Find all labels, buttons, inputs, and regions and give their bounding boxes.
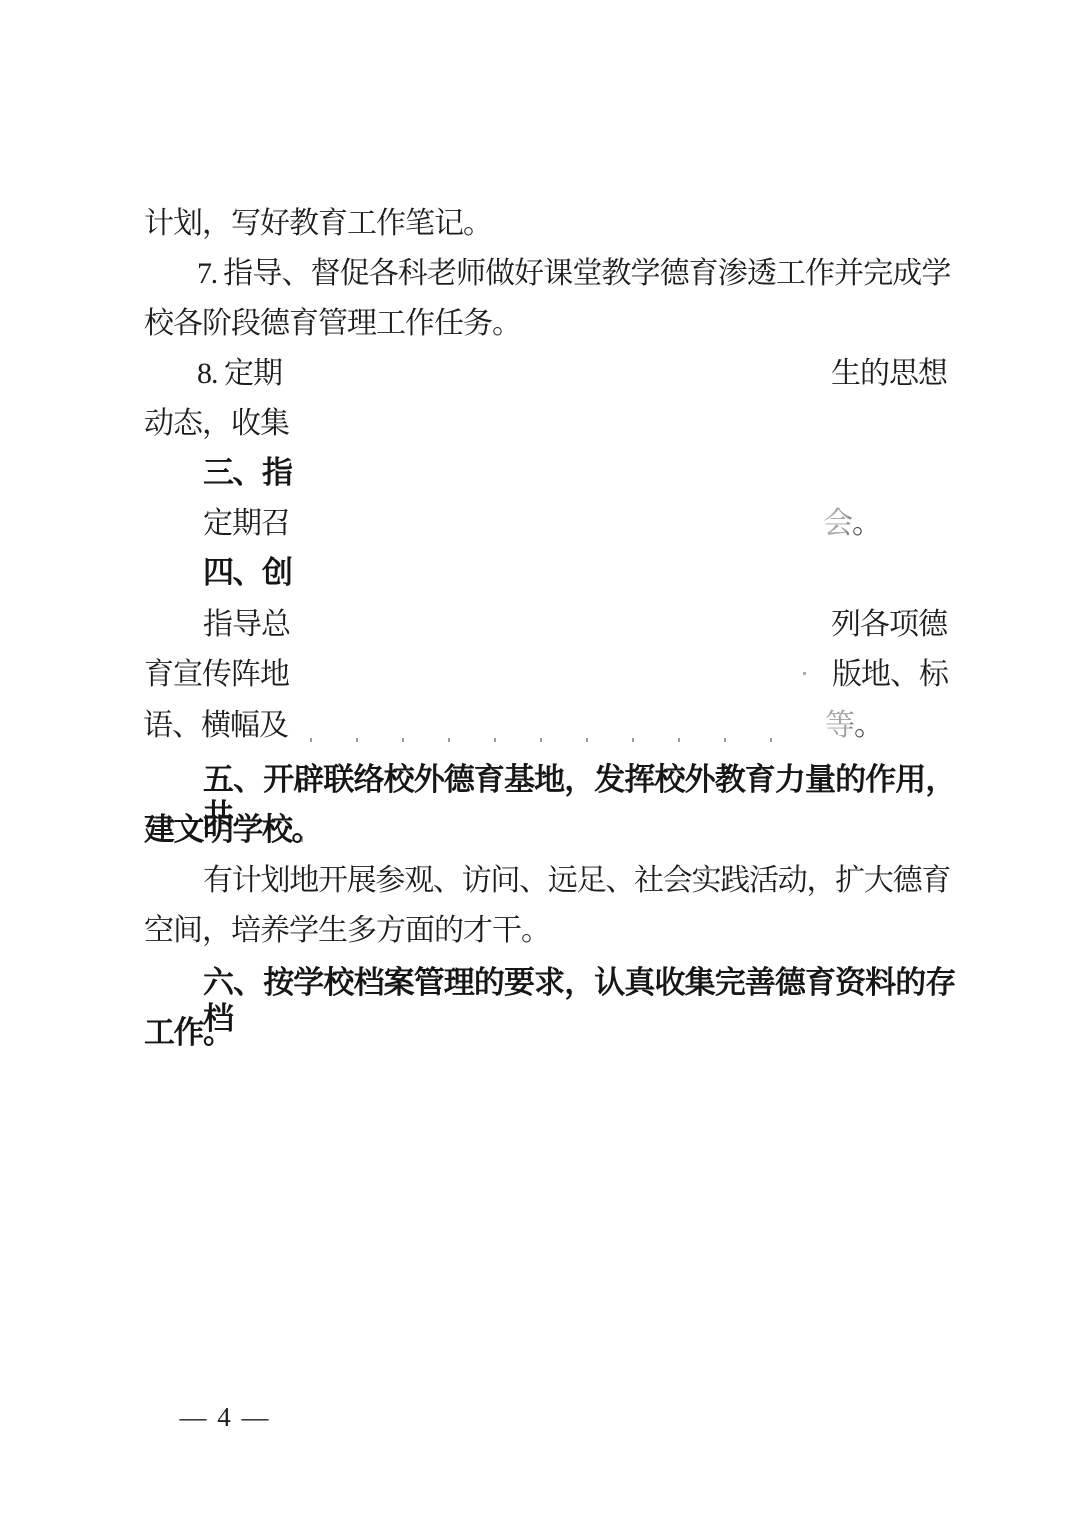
line-fragment-right: 生的思想 <box>831 356 947 392</box>
text-line: 育宣传阵地 版地、标 <box>144 657 948 695</box>
text-line: 7. 指导、督促各科老师做好课堂教学德育渗透工作并完成学 <box>197 256 950 294</box>
text-line: 动态，收集 <box>144 406 289 444</box>
heading-line: 四、创 <box>203 555 292 593</box>
heading-line: 工作。 <box>144 1015 233 1053</box>
document-page: 计划，写好教育工作笔记。 7. 指导、督促各科老师做好课堂教学德育渗透工作并完成… <box>0 0 1080 1527</box>
heading-line: 五、开辟联络校外德育基地，发挥校外教育力量的作用，共 <box>203 762 955 800</box>
line-fragment-faded: 等。 <box>825 708 883 744</box>
scan-speck <box>803 672 806 675</box>
text-line: 有计划地开展参观、访问、远足、社会实践活动，扩大德育 <box>203 863 950 901</box>
heading-line: 三、指 <box>203 455 292 493</box>
text-line: 计划，写好教育工作笔记。 <box>144 206 492 244</box>
text-line: 指导总 列各项德 <box>203 607 947 645</box>
text-line: 8. 定期 生的思想 <box>197 356 947 394</box>
line-fragment-left: 语、横幅及 <box>143 708 288 744</box>
erased-text-residue <box>310 738 812 742</box>
line-fragment-left: 指导总 <box>203 607 290 643</box>
line-fragment-left: 定期召 <box>203 506 290 542</box>
text-line: 空间，培养学生多方面的才干。 <box>144 913 550 951</box>
line-fragment-left: 育宣传阵地 <box>144 657 289 693</box>
heading-line: 建文明学校。 <box>144 812 321 850</box>
line-fragment-left: 8. 定期 <box>197 356 282 392</box>
line-fragment-faded: 会。 <box>823 506 881 542</box>
line-fragment-right: 版地、标 <box>832 657 948 693</box>
line-fragment-right: 列各项德 <box>831 607 947 643</box>
text-line: 校各阶段德育管理工作任务。 <box>144 306 521 344</box>
page-number: — 4 — <box>170 1402 280 1433</box>
text-line: 定期召 会。 <box>203 506 950 544</box>
heading-line: 六、按学校档案管理的要求，认真收集完善德育资料的存档 <box>203 965 955 1003</box>
